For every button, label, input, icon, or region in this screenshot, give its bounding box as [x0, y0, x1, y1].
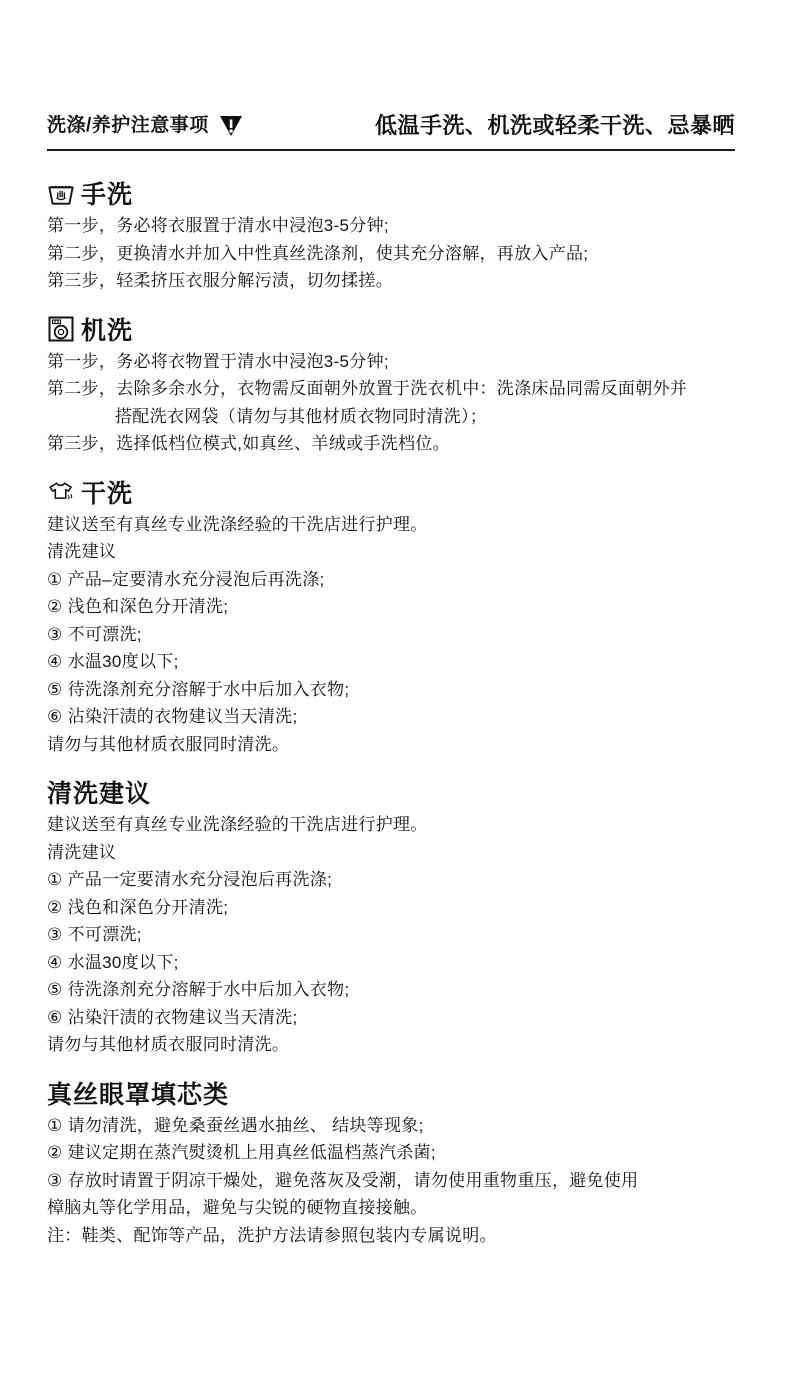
section-heading: 机洗: [47, 313, 735, 345]
instruction-line: 第一步，务必将衣物置于清水中浸泡3-5分钟;: [47, 348, 735, 376]
dry-clean-icon: [47, 478, 75, 506]
instruction-line: ① 产品–定要清水充分浸泡后再洗涤;: [47, 566, 735, 594]
instruction-line: ② 浅色和深色分开清洗;: [47, 894, 735, 922]
instruction-line: 第三步，选择低档位模式,如真丝、羊绒或手洗档位。: [47, 430, 735, 458]
hand-wash-icon: [47, 179, 75, 207]
section-cleaning-advice: 清洗建议 建议送至有真丝专业洗涤经验的干洗店进行护理。 清洗建议 ① 产品一定要…: [47, 776, 735, 1059]
section-heading: 清洗建议: [47, 776, 735, 808]
instruction-line: ④ 水温30度以下;: [47, 648, 735, 676]
instruction-line: 建议送至有真丝专业洗涤经验的干洗店进行护理。: [47, 511, 735, 539]
instruction-line: 第二步，更换清水并加入中性真丝洗涤剂，使其充分溶解，再放入产品;: [47, 240, 735, 268]
instruction-line: ② 建议定期在蒸汽熨烫机上用真丝低温档蒸汽杀菌;: [47, 1139, 735, 1167]
header-left-title: 洗涤/养护注意事项: [47, 112, 209, 140]
section-heading: 干洗: [47, 476, 735, 508]
instruction-line: 请勿与其他材质衣服同时清洗。: [47, 731, 735, 759]
instruction-line: ⑥ 沾染汗渍的衣物建议当天清洗;: [47, 703, 735, 731]
instruction-line: ① 产品一定要清水充分浸泡后再洗涤;: [47, 866, 735, 894]
instruction-line: ⑤ 待洗涤剂充分溶解于水中后加入衣物;: [47, 976, 735, 1004]
instruction-line: 第三步，轻柔挤压衣服分解污渍，切勿揉搓。: [47, 267, 735, 295]
instruction-line: 第一步，务必将衣服置于清水中浸泡3-5分钟;: [47, 212, 735, 240]
section-heading: 真丝眼罩填芯类: [47, 1077, 735, 1109]
warning-icon: [219, 115, 243, 137]
header-divider: [47, 149, 735, 151]
page-header: 洗涤/养护注意事项 低温手洗、机洗或轻柔干洗、忌暴晒: [47, 112, 735, 140]
section-dry-clean: 干洗 建议送至有真丝专业洗涤经验的干洗店进行护理。 清洗建议 ① 产品–定要清水…: [47, 476, 735, 759]
section-title: 清洗建议: [47, 774, 151, 810]
instruction-line: ③ 不可漂洗;: [47, 621, 735, 649]
section-hand-wash: 手洗 第一步，务必将衣服置于清水中浸泡3-5分钟; 第二步，更换清水并加入中性真…: [47, 177, 735, 295]
instruction-line: 注：鞋类、配饰等产品，洗护方法请参照包装内专属说明。: [47, 1222, 735, 1250]
instruction-line: 建议送至有真丝专业洗涤经验的干洗店进行护理。: [47, 811, 735, 839]
section-silk-eyemask-filling: 真丝眼罩填芯类 ① 请勿清洗，避免桑蚕丝遇水抽丝、 结块等现象; ② 建议定期在…: [47, 1077, 735, 1250]
instruction-line: 请勿与其他材质衣服同时清洗。: [47, 1031, 735, 1059]
header-right-title: 低温手洗、机洗或轻柔干洗、忌暴晒: [375, 112, 735, 140]
instruction-line: 清洗建议: [47, 839, 735, 867]
instruction-line: 清洗建议: [47, 538, 735, 566]
instruction-line: ② 浅色和深色分开清洗;: [47, 593, 735, 621]
instruction-line: 第二步，去除多余水分，衣物需反面朝外放置于洗衣机中：洗涤床品同需反面朝外并 搭配…: [47, 375, 735, 430]
instruction-line: ⑤ 待洗涤剂充分溶解于水中后加入衣物;: [47, 676, 735, 704]
section-title: 机洗: [81, 311, 133, 347]
instruction-line: ① 请勿清洗，避免桑蚕丝遇水抽丝、 结块等现象;: [47, 1112, 735, 1140]
section-title: 真丝眼罩填芯类: [47, 1075, 229, 1111]
care-instructions-page: 洗涤/养护注意事项 低温手洗、机洗或轻柔干洗、忌暴晒: [0, 0, 790, 1249]
section-machine-wash: 机洗 第一步，务必将衣物置于清水中浸泡3-5分钟; 第二步，去除多余水分，衣物需…: [47, 313, 735, 458]
washing-machine-icon: [47, 315, 75, 343]
instruction-line: ③ 不可漂洗;: [47, 921, 735, 949]
instruction-line: ④ 水温30度以下;: [47, 949, 735, 977]
instruction-line: ⑥ 沾染汗渍的衣物建议当天清洗;: [47, 1004, 735, 1032]
section-title: 手洗: [81, 175, 133, 211]
section-title: 干洗: [81, 474, 133, 510]
header-left: 洗涤/养护注意事项: [47, 112, 243, 140]
instruction-line: ③ 存放时请置于阴凉干燥处，避免落灰及受潮，请勿使用重物重压，避免使用 樟脑丸等…: [47, 1167, 735, 1222]
section-heading: 手洗: [47, 177, 735, 209]
